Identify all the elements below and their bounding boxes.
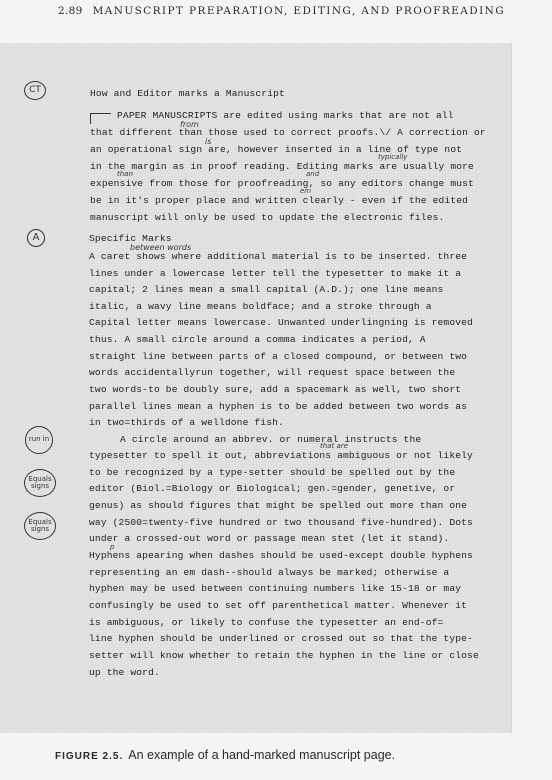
margin-mark-run-in: run in (25, 426, 53, 454)
margin-mark-a: A (27, 229, 45, 247)
figure-caption-text: An example of a hand-marked manuscript p… (128, 748, 395, 762)
p3-line-9: representing an em dash--should always b… (89, 567, 449, 578)
p3-line-2: typesetter to spell it out, abbreviation… (89, 450, 473, 461)
scanned-manuscript-page: CT A run in Equals signs Equals signs Ho… (0, 43, 512, 733)
running-head: 2.89MANUSCRIPT PREPARATION, EDITING, AND… (58, 5, 505, 17)
p2-line-1: A caret shows where additional material … (89, 251, 467, 262)
p1-line-5: expensive from those for proofreading, s… (90, 178, 474, 189)
p2-line-2: lines under a lowercase letter tell the … (89, 268, 461, 279)
p2-line-10: parallel lines mean a hyphen is to be ad… (89, 401, 467, 412)
insertion-em: em (300, 187, 311, 195)
margin-mark-ct: CT (24, 81, 46, 100)
p2-line-6: thus. A small circle around a comma indi… (89, 334, 426, 345)
p1-line-6: be in it's proper place and written clea… (90, 195, 468, 206)
insertion-than: than (117, 170, 133, 178)
insertion-that-are: that are (320, 442, 348, 450)
insertion-and: and (306, 170, 319, 178)
p2-line-3: capital; 2 lines mean a small capital (A… (89, 284, 443, 295)
figure-caption: FIGURE 2.5.An example of a hand-marked m… (55, 748, 395, 762)
p3-line-1: A circle around an abbrev. or numeral in… (120, 434, 421, 445)
p1-line-7: manuscript will only be used to update t… (90, 212, 444, 223)
margin-mark-equals-signs-2: Equals signs (24, 512, 56, 540)
insertion-is: is (205, 137, 211, 146)
section-number: 2.89 (58, 5, 83, 17)
p3-line-5: genus) as should figures that might be s… (89, 500, 467, 511)
p2-line-9: two words-to be doubly sure, add a space… (89, 384, 461, 395)
p3-line-14: setter will know whether to retain the h… (89, 650, 479, 661)
p3-line-4: editor (Biol.=Biology or Biological; gen… (89, 483, 455, 494)
running-head-title: MANUSCRIPT PREPARATION, EDITING, AND PRO… (93, 5, 505, 17)
insertion-from: from (180, 120, 199, 129)
figure-label: FIGURE 2.5. (55, 751, 123, 762)
p3-line-8: Hyphens apearing when dashes should be u… (89, 550, 473, 561)
p2-line-11: in two=thirds of a welldone fish. (89, 417, 284, 428)
p2-line-5: Capital letter means lowercase. Unwanted… (89, 317, 473, 328)
insertion-typically: typically (378, 153, 407, 161)
p3-line-13: line hyphen should be underlined or cros… (89, 633, 473, 644)
p2-line-7: straight line between parts of a closed … (89, 351, 467, 362)
p3-line-15: up the word. (89, 667, 160, 678)
p2-line-8: words accidentallyrun together, will req… (89, 367, 455, 378)
p3-line-12: is ambiguous, or likely to confuse the t… (89, 617, 443, 628)
p2-line-4: italic, a wavy line means boldface; and … (89, 301, 432, 312)
p1-line-4: in the margin as in proof reading. Editi… (90, 161, 474, 172)
p3-line-6: way (2500=twenty-five hundred or two tho… (89, 517, 473, 528)
p3-line-3: to be recognized by a type-setter should… (89, 467, 455, 478)
margin-mark-equals-signs-1: Equals signs (24, 469, 56, 497)
p1-line-2: that different than those used to correc… (90, 127, 486, 138)
manuscript-title: How and Editor marks a Manuscript (90, 88, 285, 99)
p3-line-11: confusingly be used to set off parenthet… (89, 600, 467, 611)
p3-line-7: under a crossed-out word or passage mean… (89, 533, 449, 544)
p1-line-1: PAPER MANUSCRIPTS are edited using marks… (117, 110, 454, 121)
p3-line-10: hyphen may be used between continuing nu… (89, 583, 461, 594)
indent-bracket-mark (90, 113, 111, 124)
